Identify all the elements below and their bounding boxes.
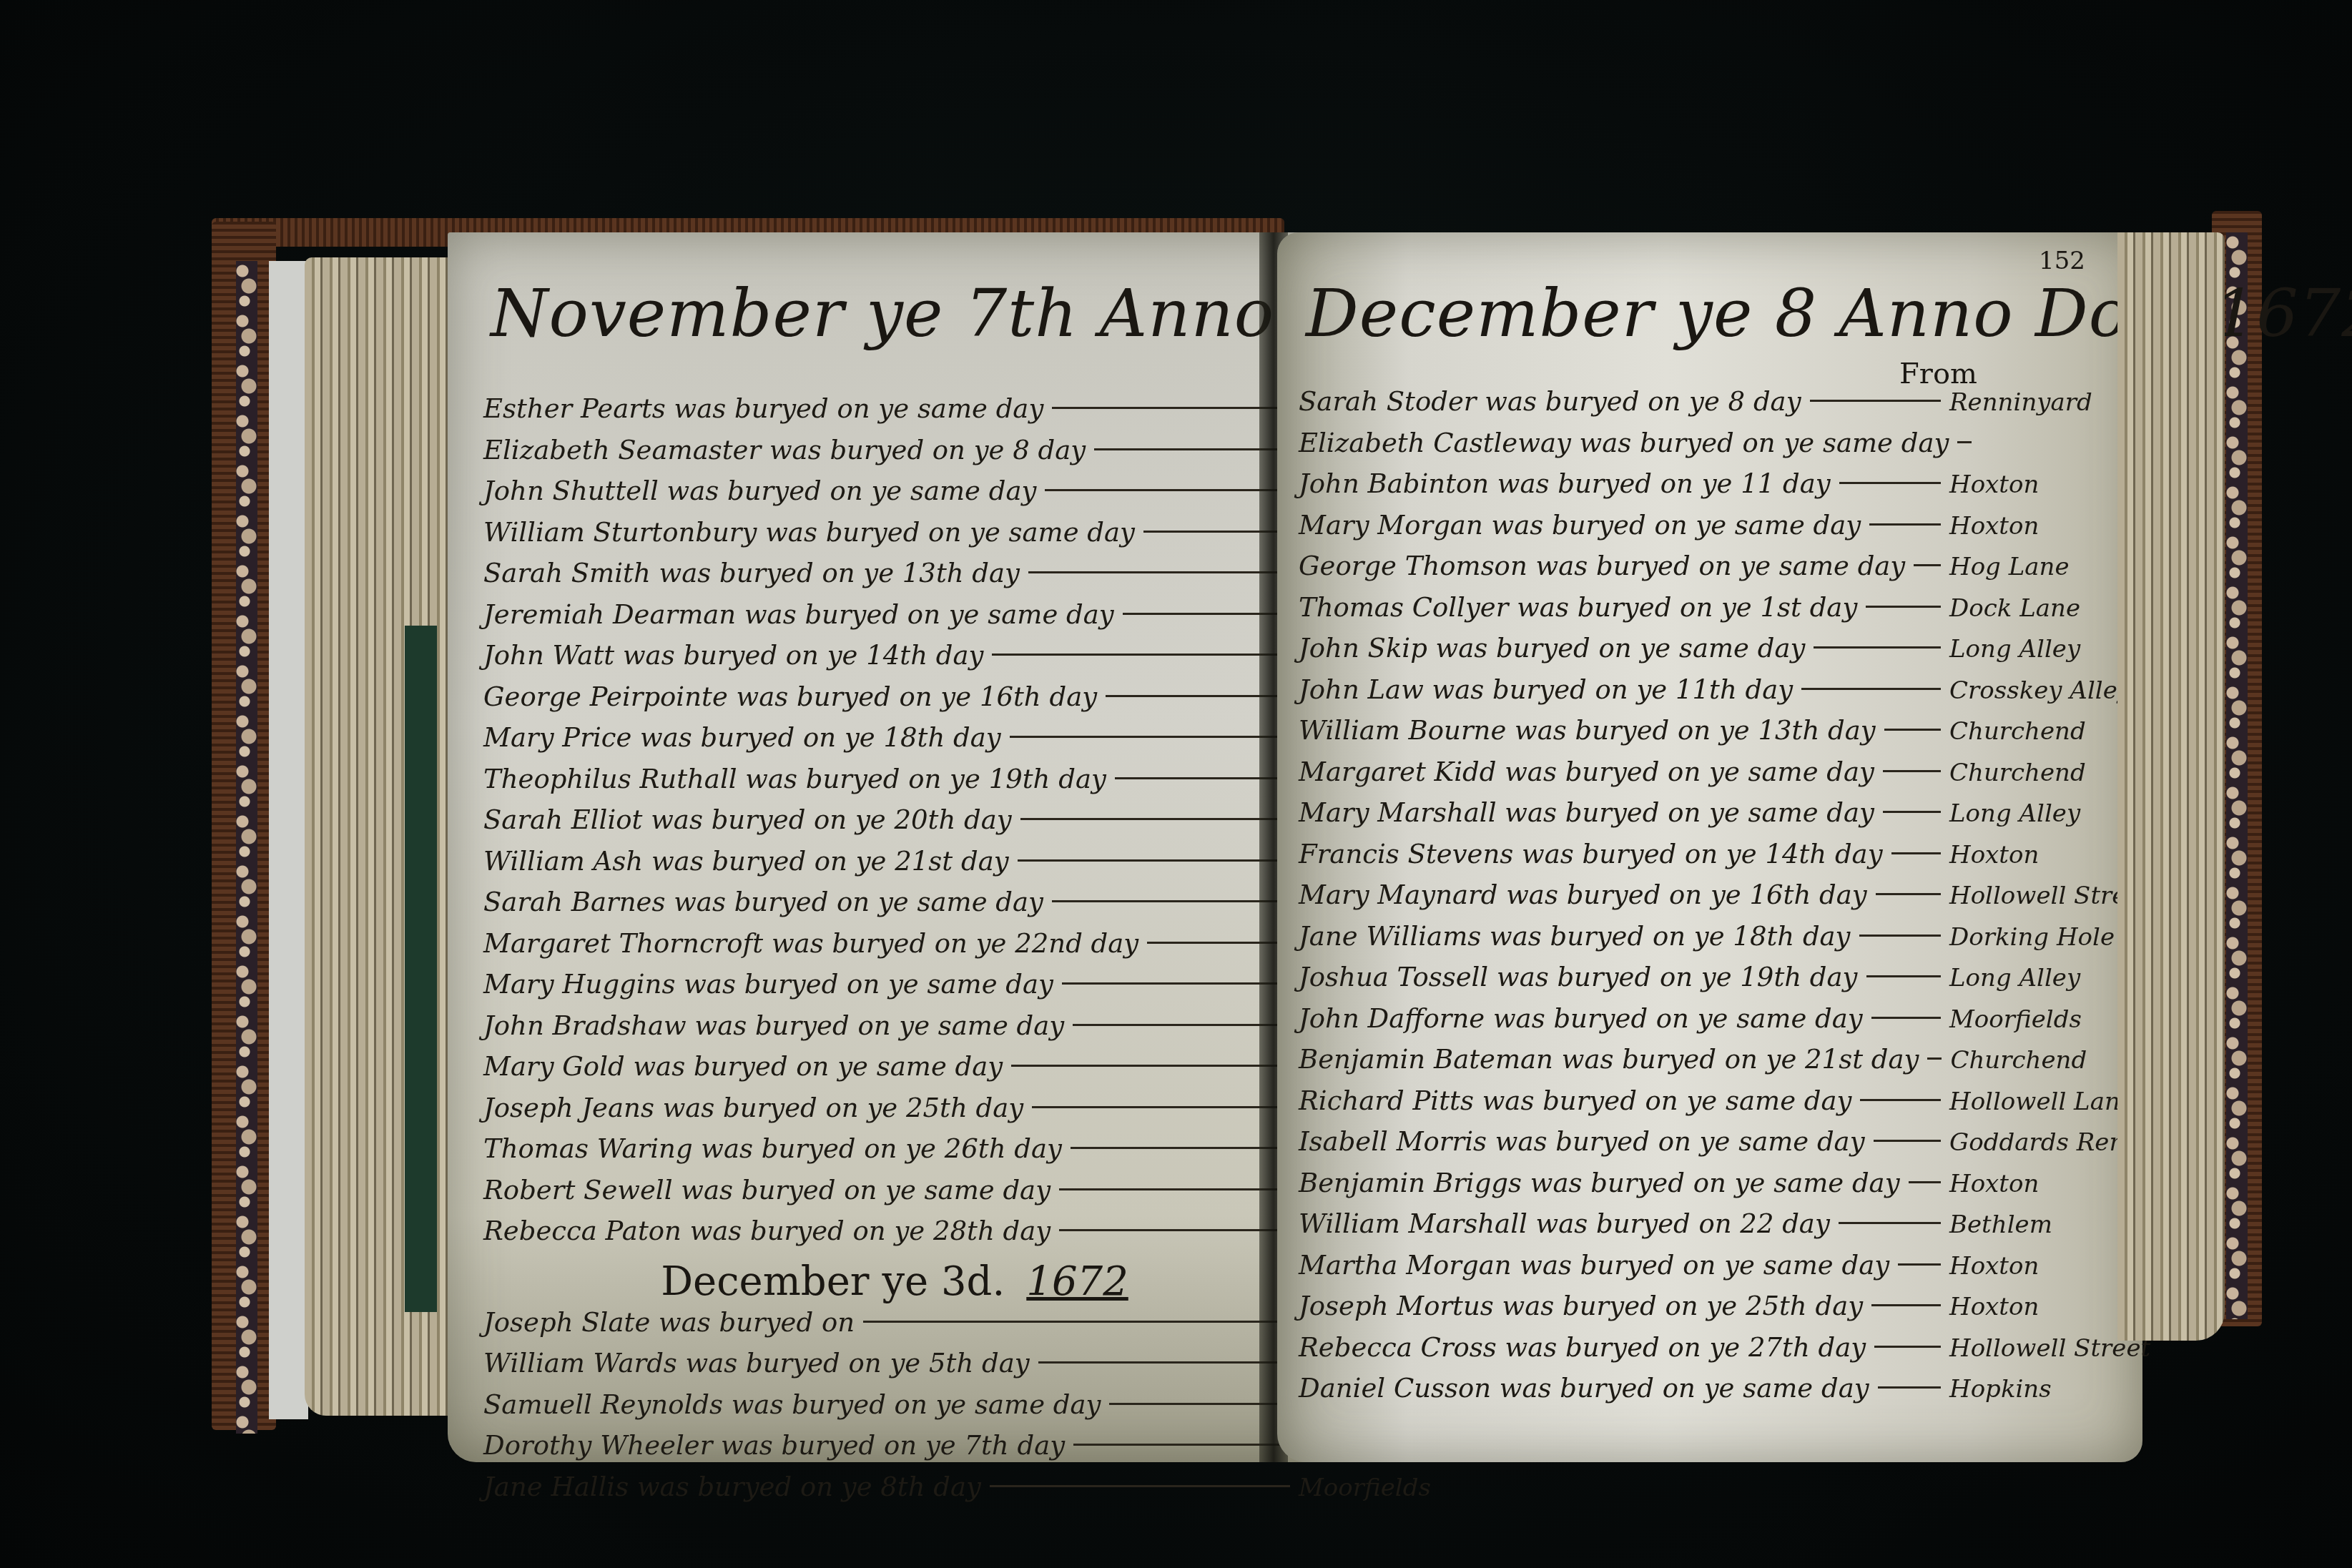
entry-rule xyxy=(1059,1188,1290,1190)
entry-place: Hoxton xyxy=(1949,1293,2114,1321)
entry-text: Joseph Slate was buryed on xyxy=(483,1307,855,1338)
entry-rule xyxy=(1801,688,1941,690)
entry-place: Hoxton xyxy=(1949,1252,2114,1281)
entry-rule xyxy=(1891,852,1941,854)
entry-text: Mary Morgan was buryed on ye same day xyxy=(1299,510,1861,541)
entry-place: Moorfields xyxy=(1949,1005,2114,1034)
page-stack-right xyxy=(2117,232,2225,1341)
burial-entry: Elizabeth Castleway was buryed on ye sam… xyxy=(1299,428,2114,469)
entry-rule xyxy=(1914,564,1941,566)
entry-text: John Babinton was buryed on ye 11 day xyxy=(1299,468,1831,499)
open-register-book: November ye 7th Anno Dom 1672 Burialls F… xyxy=(212,218,2262,1498)
entry-rule xyxy=(1028,571,1290,573)
entry-text: Rebecca Paton was buryed on ye 28th day xyxy=(483,1216,1050,1246)
entry-rule xyxy=(1010,736,1290,738)
entry-text: Sarah Barnes was buryed on ye same day xyxy=(483,887,1043,917)
right-burial-entries: Sarah Stoder was buryed on ye 8 dayRenni… xyxy=(1299,386,2114,1414)
entry-rule xyxy=(1011,1065,1290,1067)
entry-text: Thomas Collyer was buryed on ye 1st day xyxy=(1299,592,1857,623)
entry-place: Hoxton xyxy=(1949,841,2114,869)
burial-entry: Richard Pitts was buryed on ye same dayH… xyxy=(1299,1085,2114,1127)
entry-rule xyxy=(1866,606,1941,608)
entry-rule xyxy=(992,654,1290,656)
subheading-year: 1672 xyxy=(1026,1258,1128,1305)
entry-text: Jane Williams was buryed on ye 18th day xyxy=(1299,921,1851,952)
entry-rule xyxy=(1052,900,1290,902)
burial-entry: Sarah Stoder was buryed on ye 8 dayRenni… xyxy=(1299,386,2114,428)
entry-rule xyxy=(1839,482,1941,484)
entry-rule xyxy=(1909,1181,1941,1183)
entry-rule xyxy=(1927,1057,1942,1060)
entry-place: Crosskey Alley xyxy=(1949,676,2114,705)
entry-text: Margaret Thorncroft was buryed on ye 22n… xyxy=(483,928,1138,959)
entry-text: Daniel Cusson was buryed on ye same day xyxy=(1299,1373,1869,1404)
entry-rule xyxy=(863,1321,1290,1323)
subheading-date: December ye 3d. xyxy=(661,1258,1005,1305)
entry-text: Robert Sewell was buryed on ye same day xyxy=(483,1175,1050,1205)
entry-text: Rebecca Cross was buryed on ye 27th day xyxy=(1299,1332,1866,1363)
entry-text: Jane Hallis was buryed on ye 8th day xyxy=(483,1471,981,1502)
entry-place: Hopkins xyxy=(1949,1375,2114,1404)
flyleaf xyxy=(269,261,308,1419)
entry-place: Churchend xyxy=(1950,1046,2115,1075)
entry-text: Richard Pitts was buryed on ye same day xyxy=(1299,1085,1851,1116)
entry-place: Long Alley xyxy=(1949,964,2114,992)
entry-text: Mary Marshall was buryed on ye same day xyxy=(1299,797,1874,828)
burial-entry: William Bourne was buryed on ye 13th day… xyxy=(1299,715,2114,756)
entry-place: Hollowell Street xyxy=(1949,1334,2114,1363)
entry-text: George Thomson was buryed on ye same day xyxy=(1299,551,1905,581)
burial-entry: George Thomson was buryed on ye same day… xyxy=(1299,551,2114,592)
entry-text: Sarah Elliot was buryed on ye 20th day xyxy=(483,804,1012,835)
entry-place: Renninyard xyxy=(1949,388,2114,417)
entry-rule xyxy=(1884,729,1941,731)
entry-rule xyxy=(1883,811,1941,813)
burial-entry: John Babinton was buryed on ye 11 dayHox… xyxy=(1299,468,2114,510)
entry-rule xyxy=(1814,646,1941,649)
entry-text: Francis Stevens was buryed on ye 14th da… xyxy=(1299,839,1883,869)
entry-place: Hollowell Street xyxy=(1949,882,2114,910)
entry-text: John Shuttell was buryed on ye same day xyxy=(483,475,1036,506)
entry-rule xyxy=(1062,982,1290,985)
entry-rule xyxy=(1878,1386,1941,1389)
burial-entry: Benjamin Briggs was buryed on ye same da… xyxy=(1299,1168,2114,1209)
entry-text: Samuell Reynolds was buryed on ye same d… xyxy=(483,1389,1101,1420)
burial-entry: John Skip was buryed on ye same dayLong … xyxy=(1299,633,2114,674)
entry-place: Hoxton xyxy=(1949,1170,2114,1198)
marbled-endpaper-right xyxy=(2226,232,2248,1319)
entry-text: Elizabeth Castleway was buryed on ye sam… xyxy=(1299,428,1949,458)
entry-text: John Dafforne was buryed on ye same day xyxy=(1299,1003,1863,1034)
burial-entry: Mary Maynard was buryed on ye 16th dayHo… xyxy=(1299,879,2114,921)
entry-text: Sarah Stoder was buryed on ye 8 day xyxy=(1299,386,1801,417)
entry-place: Hollowell Lane xyxy=(1949,1088,2114,1116)
entry-text: William Bourne was buryed on ye 13th day xyxy=(1299,715,1876,746)
entry-rule xyxy=(1045,489,1290,491)
burial-entry: Francis Stevens was buryed on ye 14th da… xyxy=(1299,839,2114,880)
entry-rule xyxy=(1869,523,1941,526)
entry-text: William Ash was buryed on ye 21st day xyxy=(483,846,1009,877)
entry-rule xyxy=(1073,1444,1290,1446)
entry-rule xyxy=(1874,1346,1941,1348)
entry-rule xyxy=(1810,400,1941,402)
entry-rule xyxy=(1052,407,1290,409)
burial-entry: Martha Morgan was buryed on ye same dayH… xyxy=(1299,1250,2114,1291)
burial-entry: Joshua Tossell was buryed on ye 19th day… xyxy=(1299,962,2114,1003)
entry-text: Joseph Mortus was buryed on ye 25th day xyxy=(1299,1291,1863,1321)
entry-rule xyxy=(990,1485,1290,1487)
burial-entry: Rebecca Cross was buryed on ye 27th dayH… xyxy=(1299,1332,2114,1374)
entry-rule xyxy=(1860,1099,1941,1101)
entry-text: Theophilus Ruthall was buryed on ye 19th… xyxy=(483,764,1106,794)
entry-text: Mary Huggins was buryed on ye same day xyxy=(483,969,1053,1000)
entry-place: Dorking Hole xyxy=(1949,923,2114,952)
entry-rule xyxy=(1883,770,1941,772)
entry-rule xyxy=(1876,893,1941,895)
entry-text: John Bradshaw was buryed on ye same day xyxy=(483,1010,1064,1041)
entry-text: Benjamin Bateman was buryed on ye 21st d… xyxy=(1299,1044,1919,1075)
entry-place: Dock Lane xyxy=(1949,594,2114,623)
entry-rule xyxy=(1020,818,1290,820)
entry-text: Esther Pearts was buryed on ye same day xyxy=(483,393,1043,424)
entry-rule xyxy=(1871,1017,1941,1019)
entry-rule xyxy=(1866,975,1942,977)
entry-rule xyxy=(1874,1140,1941,1142)
entry-place: Goddards Rent xyxy=(1949,1128,2114,1157)
entry-text: Mary Price was buryed on ye 18th day xyxy=(483,722,1001,753)
entry-text: William Wards was buryed on ye 5th day xyxy=(483,1348,1030,1379)
entry-rule xyxy=(1071,1147,1290,1149)
burial-entry: John Dafforne was buryed on ye same dayM… xyxy=(1299,1003,2114,1045)
entry-text: Thomas Waring was buryed on ye 26th day xyxy=(483,1133,1062,1164)
entry-text: Dorothy Wheeler was buryed on ye 7th day xyxy=(483,1430,1065,1461)
bookmark-ribbon xyxy=(405,626,437,1312)
entry-place: Churchend xyxy=(1949,759,2114,787)
burial-entry: Isabell Morris was buryed on ye same day… xyxy=(1299,1126,2114,1168)
entry-rule xyxy=(1032,1106,1290,1108)
entry-text: Joseph Jeans was buryed on ye 25th day xyxy=(483,1093,1023,1123)
entry-rule xyxy=(1059,1229,1290,1231)
entry-place: Moorfields xyxy=(1299,1474,1449,1502)
burial-entry: Jane Hallis was buryed on ye 8th dayMoor… xyxy=(483,1471,1449,1513)
entry-rule xyxy=(1073,1024,1290,1026)
folio-number: 152 xyxy=(2039,247,2085,275)
entry-place: Bethlem xyxy=(1949,1210,2114,1239)
entry-text: William Sturtonbury was buryed on ye sam… xyxy=(483,517,1135,548)
burial-entry: Mary Marshall was buryed on ye same dayL… xyxy=(1299,797,2114,839)
entry-text: Isabell Morris was buryed on ye same day xyxy=(1299,1126,1865,1157)
entry-text: Jeremiah Dearman was buryed on ye same d… xyxy=(483,599,1114,630)
entry-text: John Law was buryed on ye 11th day xyxy=(1299,674,1793,705)
right-page: 152 December ye 8 Anno Dom 1672 Burialls… xyxy=(1277,232,2142,1462)
entry-place: Churchend xyxy=(1949,717,2114,746)
entry-text: George Peirpointe was buryed on ye 16th … xyxy=(483,681,1097,712)
entry-text: Sarah Smith was buryed on ye 13th day xyxy=(483,558,1020,588)
burial-entry: Jane Williams was buryed on ye 18th dayD… xyxy=(1299,921,2114,962)
entry-text: Martha Morgan was buryed on ye same day xyxy=(1299,1250,1889,1281)
entry-text: Margaret Kidd was buryed on ye same day xyxy=(1299,756,1874,787)
entry-place: Hoxton xyxy=(1949,512,2114,541)
entry-rule xyxy=(1957,441,1972,443)
entry-text: William Marshall was buryed on 22 day xyxy=(1299,1208,1830,1239)
entry-rule xyxy=(1871,1304,1941,1306)
burial-entry: Mary Morgan was buryed on ye same dayHox… xyxy=(1299,510,2114,551)
entry-text: Mary Gold was buryed on ye same day xyxy=(483,1051,1003,1082)
entry-text: Elizabeth Seamaster was buryed on ye 8 d… xyxy=(483,435,1086,465)
entry-text: Benjamin Briggs was buryed on ye same da… xyxy=(1299,1168,1900,1198)
entry-text: Mary Maynard was buryed on ye 16th day xyxy=(1299,879,1867,910)
entry-text: John Watt was buryed on ye 14th day xyxy=(483,640,983,671)
burial-entry: Benjamin Bateman was buryed on ye 21st d… xyxy=(1299,1044,2114,1085)
entry-place: Hoxton xyxy=(1949,470,2114,499)
burial-entry: Daniel Cusson was buryed on ye same dayH… xyxy=(1299,1373,2114,1414)
entry-rule xyxy=(1038,1361,1290,1364)
burial-entry: John Law was buryed on ye 11th dayCrossk… xyxy=(1299,674,2114,716)
entry-rule xyxy=(1859,935,1941,937)
burial-entry: Thomas Collyer was buryed on ye 1st dayD… xyxy=(1299,592,2114,633)
entry-place: Hog Lane xyxy=(1949,553,2114,581)
entry-place: Long Alley xyxy=(1949,799,2114,828)
entry-rule xyxy=(1839,1222,1941,1224)
entry-place: Long Alley xyxy=(1949,635,2114,664)
burial-entry: Margaret Kidd was buryed on ye same dayC… xyxy=(1299,756,2114,798)
entry-text: Joshua Tossell was buryed on ye 19th day xyxy=(1299,962,1858,992)
marbled-endpaper-left xyxy=(236,261,257,1434)
burial-entry: William Marshall was buryed on 22 dayBet… xyxy=(1299,1208,2114,1250)
entry-text: John Skip was buryed on ye same day xyxy=(1299,633,1805,664)
entry-rule xyxy=(1898,1263,1941,1266)
burial-entry: Joseph Mortus was buryed on ye 25th dayH… xyxy=(1299,1291,2114,1332)
entry-rule xyxy=(1018,859,1290,862)
